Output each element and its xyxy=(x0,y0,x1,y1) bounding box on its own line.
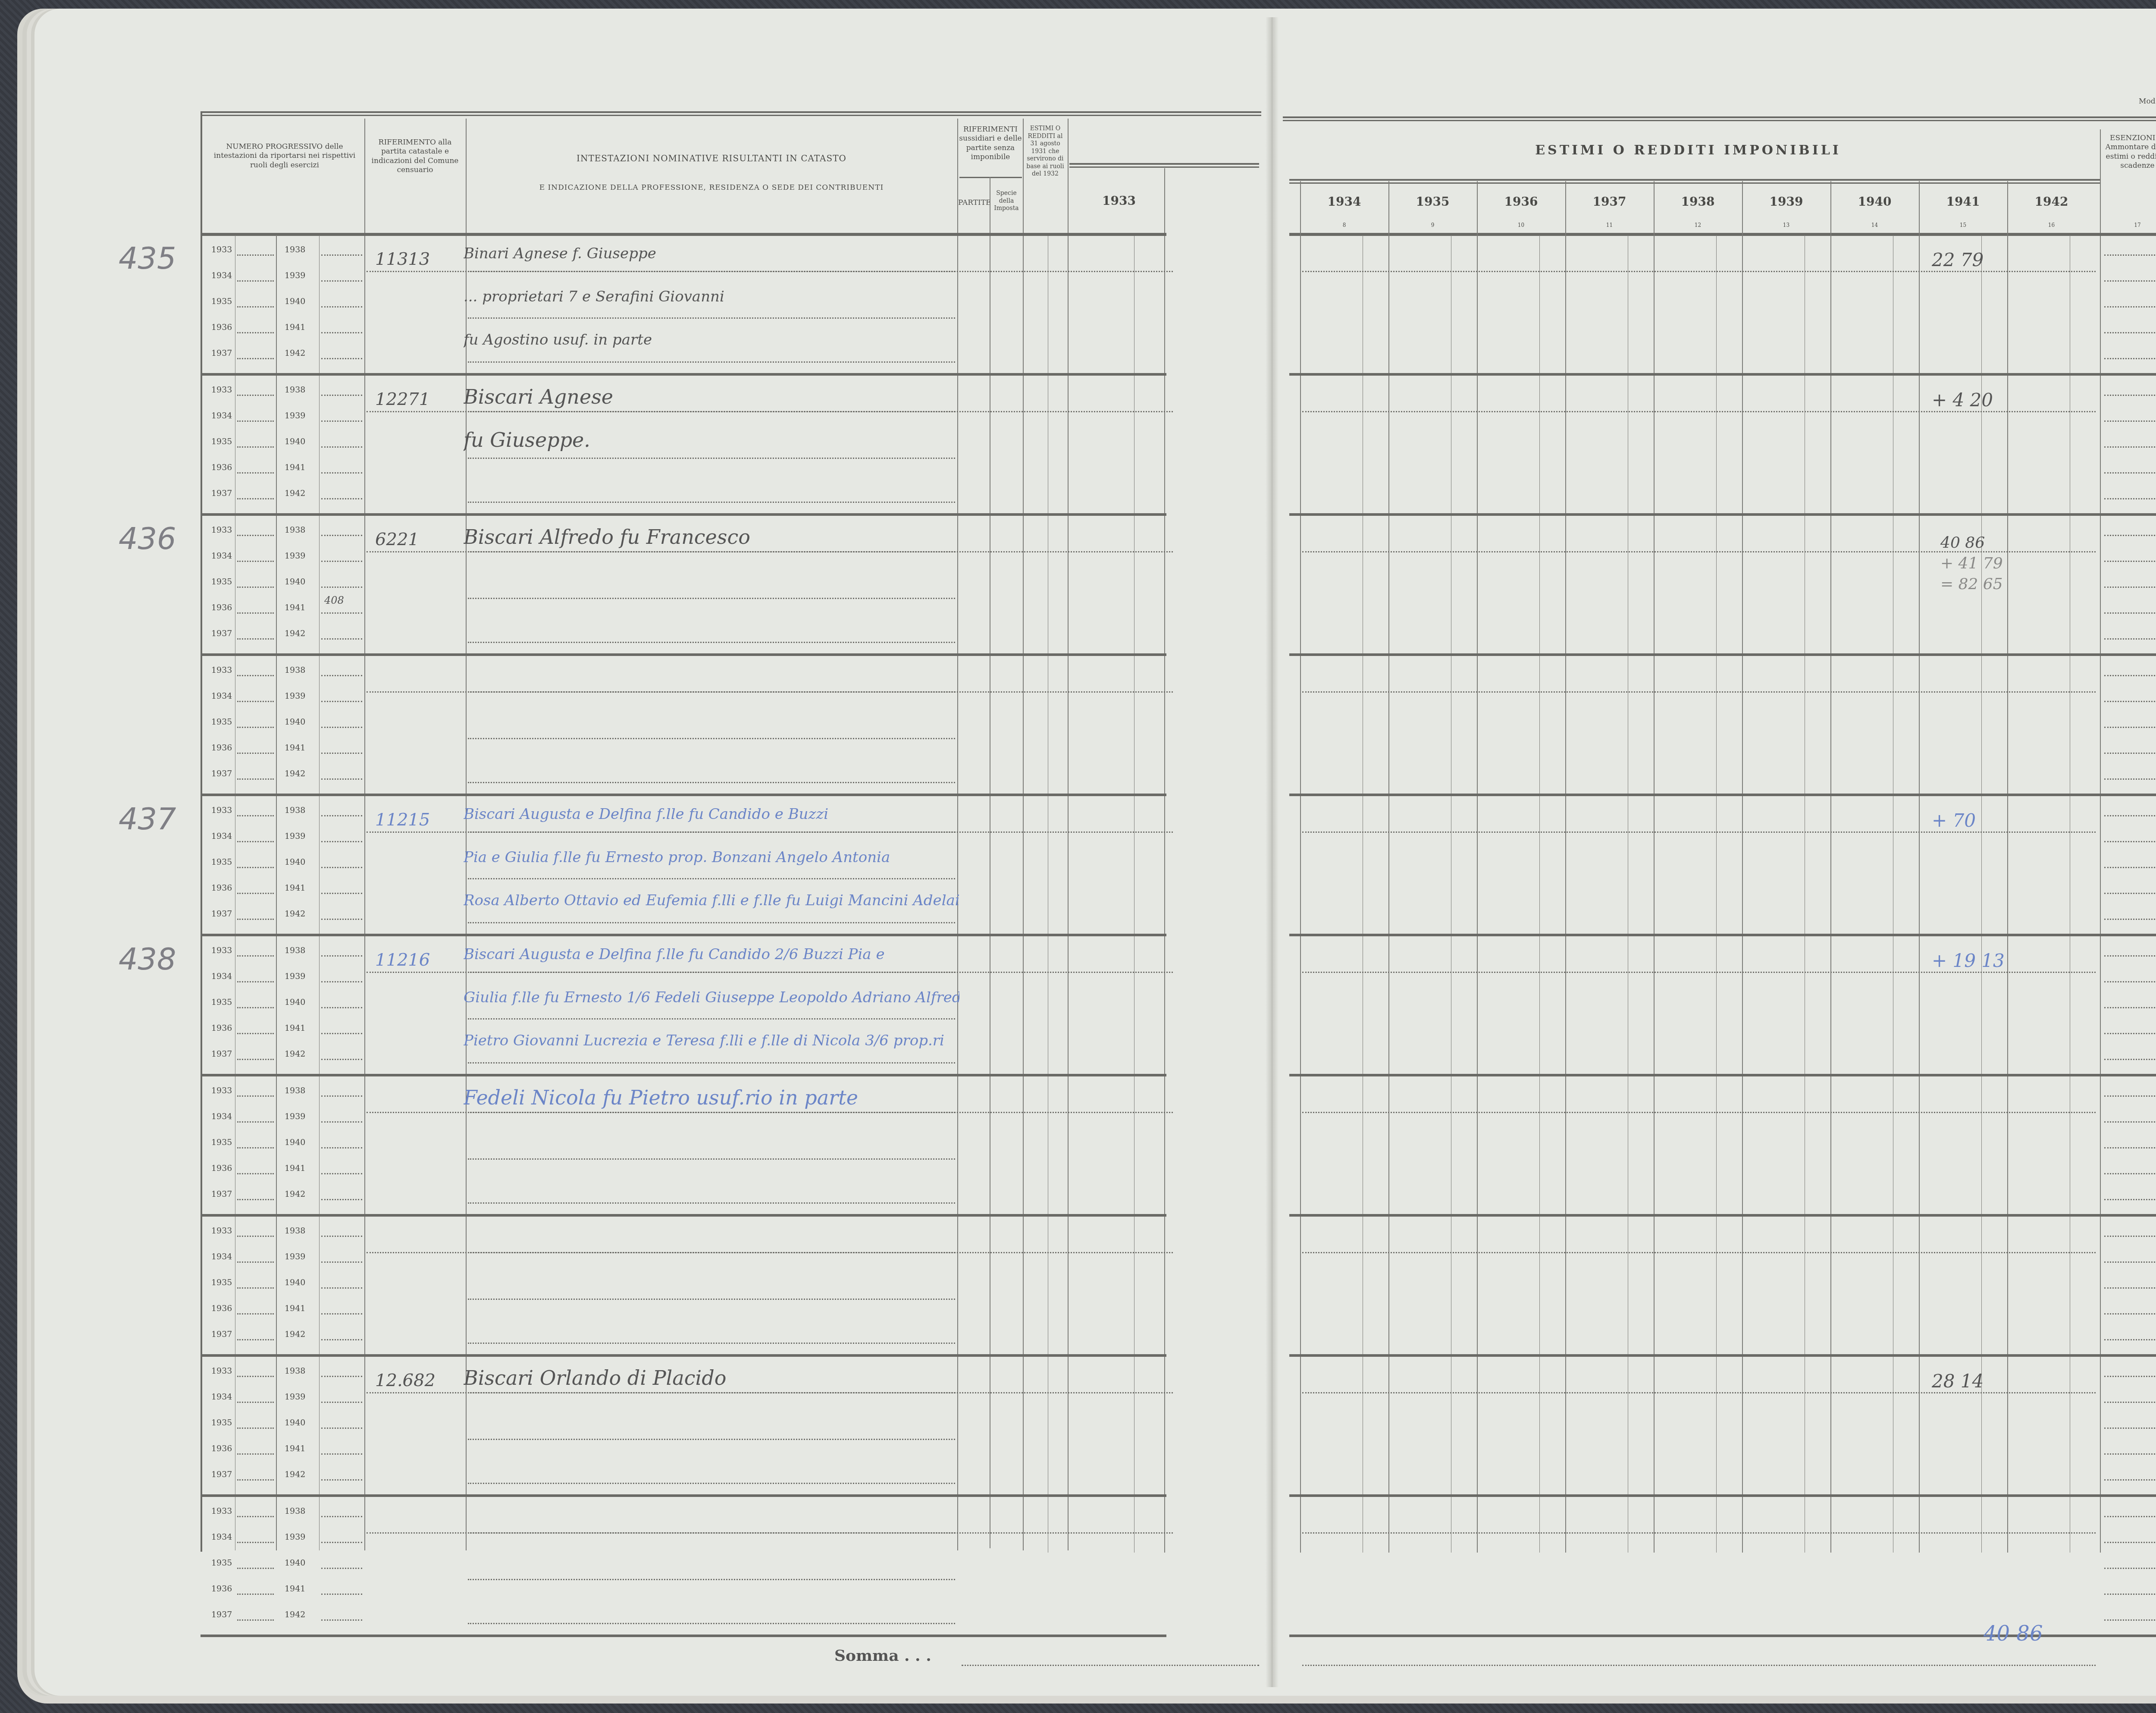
writing-line xyxy=(468,1439,955,1440)
year-label: 1940 xyxy=(285,998,305,1007)
dotted-fill xyxy=(321,1376,362,1377)
year-label: 1937 xyxy=(211,489,232,498)
dotted-fill xyxy=(237,332,274,333)
header-col3-title: INTESTAZIONI NOMINATIVE RISULTANTI IN CA… xyxy=(470,153,953,164)
year-label: 1939 xyxy=(285,831,305,841)
dotted-fill xyxy=(321,1095,362,1097)
dotted-fill xyxy=(2104,1121,2156,1123)
year-label: 1939 xyxy=(285,411,305,420)
year-label: 1934 xyxy=(211,1532,232,1542)
dotted-fill xyxy=(237,1339,274,1340)
year-label: 1933 xyxy=(211,245,232,254)
dotted-fill xyxy=(237,893,274,894)
book-gutter xyxy=(1266,17,1279,1687)
dotted-fill xyxy=(237,1427,274,1429)
dotted-fill xyxy=(321,1542,362,1543)
dotted-fill xyxy=(321,306,362,307)
side-note: 408 xyxy=(324,594,344,606)
taxpayer-text-line: Binari Agnese f. Giuseppe xyxy=(464,245,656,262)
dotted-fill xyxy=(321,1173,362,1174)
dotted-fill xyxy=(321,420,362,422)
year-label: 1942 xyxy=(285,1189,305,1199)
year-label: 1940 xyxy=(285,857,305,867)
entry-separator xyxy=(201,653,1166,656)
year-label: 1935 xyxy=(211,577,232,587)
year-label: 1937 xyxy=(211,1189,232,1199)
value-1941: + 19 13 xyxy=(1932,950,2005,971)
dotted-fill xyxy=(321,561,362,562)
dotted-fill xyxy=(321,1619,362,1621)
header-year-1934: 1934 xyxy=(1300,194,1388,209)
dotted-fill xyxy=(2104,1147,2156,1148)
year-label: 1938 xyxy=(285,1366,305,1376)
dotted-fill xyxy=(237,535,274,536)
dotted-fill xyxy=(321,867,362,868)
writing-line xyxy=(1302,1392,2096,1393)
writing-line xyxy=(1302,691,2096,693)
writing-line xyxy=(468,1483,955,1484)
dotted-fill xyxy=(321,1261,362,1263)
header-bottom-rule xyxy=(1289,233,2156,236)
header-bottom-rule xyxy=(201,233,1166,236)
dotted-fill xyxy=(2104,358,2156,359)
year-label: 1940 xyxy=(285,1138,305,1147)
dotted-fill xyxy=(237,701,274,702)
margin-entry-number: 438 xyxy=(119,941,176,977)
dotted-fill xyxy=(321,472,362,474)
dotted-fill xyxy=(2104,867,2156,868)
dotted-fill xyxy=(237,1121,274,1123)
year-label: 1936 xyxy=(211,1584,232,1594)
writing-line xyxy=(468,738,955,739)
writing-line xyxy=(468,502,955,503)
writing-line xyxy=(367,972,1173,973)
partita-number: 11215 xyxy=(375,810,430,830)
dotted-fill xyxy=(321,1199,362,1200)
year-label: 1941 xyxy=(285,1023,305,1033)
value-1941: + 70 xyxy=(1932,810,1976,831)
writing-line xyxy=(1302,831,2096,833)
year-label: 1942 xyxy=(285,1610,305,1619)
year-label: 1939 xyxy=(285,551,305,561)
table-top-rule xyxy=(1283,116,2156,118)
dotted-fill xyxy=(321,446,362,448)
dotted-fill xyxy=(321,1427,362,1429)
year-label: 1935 xyxy=(211,857,232,867)
writing-line xyxy=(468,1579,955,1580)
dotted-fill xyxy=(237,254,274,256)
writing-line xyxy=(468,317,955,319)
subheader-rule xyxy=(959,177,1022,178)
writing-line xyxy=(1302,271,2096,272)
dotted-fill xyxy=(321,638,362,640)
value-1941: 22 79 xyxy=(1932,249,1984,270)
writing-line xyxy=(367,831,1173,833)
year-label: 1933 xyxy=(211,1226,232,1236)
writing-line xyxy=(367,411,1173,412)
writing-line xyxy=(468,458,955,459)
dotted-fill xyxy=(237,778,274,780)
year-label: 1937 xyxy=(211,909,232,919)
dotted-fill xyxy=(321,841,362,842)
year-label: 1939 xyxy=(285,1532,305,1542)
writing-line xyxy=(367,1112,1173,1113)
col-rule xyxy=(235,235,235,1550)
year-label: 1937 xyxy=(211,348,232,358)
entry-separator xyxy=(1289,513,2156,516)
dotted-fill xyxy=(2104,753,2156,754)
dotted-fill xyxy=(237,867,274,868)
writing-line xyxy=(468,642,955,643)
entry-separator xyxy=(201,934,1166,936)
writing-line xyxy=(468,1343,955,1344)
year-label: 1934 xyxy=(211,411,232,420)
right-page xyxy=(1272,9,2156,1696)
year-label: 1940 xyxy=(285,437,305,446)
entry-separator xyxy=(1289,794,2156,796)
dotted-fill xyxy=(321,358,362,359)
partita-number: 6221 xyxy=(375,530,419,549)
writing-line xyxy=(367,551,1173,552)
entry-separator xyxy=(201,1074,1166,1076)
year-label: 1937 xyxy=(211,769,232,778)
somma-1941-value: 40 86 xyxy=(1984,1622,2043,1646)
writing-line xyxy=(367,271,1173,272)
dotted-fill xyxy=(321,815,362,816)
year-label: 1940 xyxy=(285,577,305,587)
dotted-fill xyxy=(2104,1568,2156,1569)
value-1941: 28 14 xyxy=(1932,1371,1984,1392)
dotted-fill xyxy=(2104,1095,2156,1097)
entry-separator xyxy=(1289,653,2156,656)
year-label: 1938 xyxy=(285,385,305,395)
entry-separator xyxy=(201,373,1166,376)
dotted-fill xyxy=(321,778,362,780)
dotted-fill xyxy=(321,1121,362,1123)
dotted-fill xyxy=(321,893,362,894)
dotted-fill xyxy=(237,1236,274,1237)
dotted-fill xyxy=(237,1542,274,1543)
header-col5: Specie della Imposta xyxy=(991,190,1022,213)
col-rule xyxy=(1164,168,1165,1553)
dotted-fill xyxy=(321,612,362,614)
dotted-fill xyxy=(237,1007,274,1008)
col-rule xyxy=(2007,181,2008,1553)
year-label: 1935 xyxy=(211,1558,232,1568)
header-estimi-group: ESTIMI O REDDITI IMPONIBILI xyxy=(1294,142,2083,159)
taxpayer-text-line: Giulia f.lle fu Ernesto 1/6 Fedeli Giuse… xyxy=(464,989,959,1006)
col-rule xyxy=(1830,181,1831,1553)
writing-line xyxy=(367,1392,1173,1393)
dotted-fill xyxy=(2104,1542,2156,1543)
dotted-fill xyxy=(237,955,274,957)
dotted-fill xyxy=(2104,498,2156,499)
taxpayer-text-line: Biscari Alfredo fu Francesco xyxy=(464,525,750,549)
year-label: 1937 xyxy=(211,629,232,638)
col-number: 15 xyxy=(1919,222,2007,229)
subheader-rule xyxy=(1069,163,1259,165)
header-year-1939: 1939 xyxy=(1742,194,1830,209)
entry-separator xyxy=(201,1354,1166,1357)
dotted-fill xyxy=(321,1287,362,1289)
year-label: 1938 xyxy=(285,1086,305,1095)
entry-separator xyxy=(201,1635,1166,1637)
value-1941: + 4 20 xyxy=(1932,389,1993,411)
dotted-fill xyxy=(2104,955,2156,957)
header-col3-subtitle: E INDICAZIONE DELLA PROFESSIONE, RESIDEN… xyxy=(470,183,953,192)
dotted-fill xyxy=(2104,420,2156,422)
dotted-fill xyxy=(237,753,274,754)
year-label: 1940 xyxy=(285,297,305,306)
dotted-fill xyxy=(2104,1594,2156,1595)
dotted-fill xyxy=(2104,893,2156,894)
dotted-fill xyxy=(2104,254,2156,256)
year-label: 1935 xyxy=(211,437,232,446)
taxpayer-text-line: Biscari Orlando di Placido xyxy=(464,1366,726,1390)
dotted-fill xyxy=(321,753,362,754)
header-year-1936: 1936 xyxy=(1477,194,1565,209)
year-label: 1940 xyxy=(285,717,305,727)
margin-entry-number: 436 xyxy=(119,521,176,556)
dotted-fill xyxy=(321,587,362,588)
year-label: 1933 xyxy=(211,1366,232,1376)
year-label: 1934 xyxy=(211,831,232,841)
writing-line xyxy=(468,598,955,599)
dotted-fill xyxy=(237,675,274,676)
year-label: 1941 xyxy=(285,1444,305,1453)
year-label: 1933 xyxy=(211,525,232,535)
partita-number: 11313 xyxy=(375,249,430,269)
entry-separator xyxy=(201,794,1166,796)
col-rule xyxy=(1068,119,1069,1550)
dotted-fill xyxy=(2104,1516,2156,1517)
dotted-fill xyxy=(2104,1339,2156,1340)
dotted-fill xyxy=(321,1007,362,1008)
dotted-fill xyxy=(321,395,362,396)
dotted-fill xyxy=(2104,1402,2156,1403)
somma-dotted xyxy=(962,1665,1259,1666)
header-year-1935: 1935 xyxy=(1388,194,1477,209)
year-label: 1939 xyxy=(285,1252,305,1261)
year-label: 1942 xyxy=(285,348,305,358)
col-rule xyxy=(364,119,365,1550)
writing-line xyxy=(367,1532,1173,1534)
dotted-fill xyxy=(2104,1173,2156,1174)
taxpayer-text-line: Pietro Giovanni Lucrezia e Teresa f.lli … xyxy=(464,1032,944,1049)
dotted-fill xyxy=(237,1619,274,1621)
year-label: 1938 xyxy=(285,665,305,675)
header-col4: PARTITE xyxy=(958,198,988,207)
year-label: 1935 xyxy=(211,1138,232,1147)
year-label: 1942 xyxy=(285,1330,305,1339)
writing-line xyxy=(468,1202,955,1204)
dotted-fill xyxy=(237,472,274,474)
dotted-fill xyxy=(237,1516,274,1517)
dotted-fill xyxy=(2104,701,2156,702)
dotted-fill xyxy=(237,1479,274,1481)
dotted-fill xyxy=(2104,638,2156,640)
year-label: 1942 xyxy=(285,489,305,498)
col-rule xyxy=(1477,181,1478,1553)
dotted-fill xyxy=(237,420,274,422)
year-label: 1937 xyxy=(211,1470,232,1479)
year-label: 1936 xyxy=(211,1444,232,1453)
year-label: 1941 xyxy=(285,1304,305,1313)
dotted-fill xyxy=(321,981,362,982)
dotted-fill xyxy=(237,1402,274,1403)
dotted-fill xyxy=(2104,587,2156,588)
year-label: 1938 xyxy=(285,525,305,535)
year-label: 1939 xyxy=(285,972,305,981)
col-rule xyxy=(1023,119,1024,1550)
writing-line xyxy=(468,1158,955,1160)
dotted-fill xyxy=(321,955,362,957)
entry-separator xyxy=(1289,1354,2156,1357)
year-label: 1941 xyxy=(285,1164,305,1173)
dotted-fill xyxy=(237,280,274,282)
writing-line xyxy=(1302,972,2096,973)
year-label: 1934 xyxy=(211,1392,232,1402)
col-rule xyxy=(1300,181,1301,1553)
header-col1: NUMERO PROGRESSIVO delle intestazioni da… xyxy=(205,142,364,170)
dotted-fill xyxy=(237,919,274,920)
header-col17: ESENZIONI — Ammontare degli estimi o red… xyxy=(2101,134,2156,170)
taxpayer-text-line: fu Giuseppe. xyxy=(464,428,590,452)
writing-line xyxy=(1302,1532,2096,1534)
year-label: 1934 xyxy=(211,1112,232,1121)
dotted-fill xyxy=(237,395,274,396)
year-label: 1938 xyxy=(285,806,305,815)
dotted-fill xyxy=(2104,1199,2156,1200)
col-number: 8 xyxy=(1300,222,1388,229)
col-rule xyxy=(1919,181,1920,1553)
col-number: 10 xyxy=(1477,222,1565,229)
dotted-fill xyxy=(2104,332,2156,333)
value-1941-calc: = 82 65 xyxy=(1940,575,2003,593)
entry-separator xyxy=(1289,934,2156,936)
header-col45-group: RIFERIMENTI sussidiari e delle partite s… xyxy=(958,125,1023,162)
dotted-fill xyxy=(321,254,362,256)
writing-line xyxy=(1302,411,2096,412)
dotted-fill xyxy=(237,1095,274,1097)
taxpayer-text-line: Biscari Augusta e Delfina f.lle fu Candi… xyxy=(464,946,885,963)
dotted-fill xyxy=(237,841,274,842)
dotted-fill xyxy=(237,587,274,588)
year-label: 1933 xyxy=(211,946,232,955)
year-label: 1939 xyxy=(285,691,305,701)
dotted-fill xyxy=(2104,1453,2156,1455)
dotted-fill xyxy=(2104,535,2156,536)
writing-line xyxy=(468,1623,955,1624)
year-label: 1942 xyxy=(285,909,305,919)
header-year-1937: 1937 xyxy=(1565,194,1654,209)
year-label: 1937 xyxy=(211,1049,232,1059)
year-label: 1939 xyxy=(285,1112,305,1121)
dotted-fill xyxy=(321,1033,362,1034)
writing-line xyxy=(1302,1252,2096,1253)
year-label: 1934 xyxy=(211,972,232,981)
year-label: 1934 xyxy=(211,1252,232,1261)
dotted-fill xyxy=(237,1059,274,1060)
dotted-fill xyxy=(2104,1619,2156,1621)
year-label: 1933 xyxy=(211,1086,232,1095)
dotted-fill xyxy=(237,612,274,614)
year-label: 1933 xyxy=(211,1506,232,1516)
dotted-fill xyxy=(237,1453,274,1455)
dotted-fill xyxy=(237,446,274,448)
col-rule xyxy=(1654,181,1655,1553)
partita-number: 12.682 xyxy=(375,1371,436,1390)
subheader-rule xyxy=(1289,179,2100,181)
dotted-fill xyxy=(321,1339,362,1340)
year-label: 1941 xyxy=(285,603,305,612)
entry-separator xyxy=(1289,1214,2156,1217)
year-label: 1936 xyxy=(211,323,232,332)
dotted-fill xyxy=(321,280,362,282)
col-number: 13 xyxy=(1742,222,1830,229)
col-number: 17 xyxy=(2101,222,2156,229)
taxpayer-text-line: Biscari Augusta e Delfina f.lle fu Candi… xyxy=(464,806,828,823)
col-rule xyxy=(990,177,990,1548)
header-col7-year: 1933 xyxy=(1069,193,1169,208)
header-year-1938: 1938 xyxy=(1654,194,1742,209)
dotted-fill xyxy=(2104,1287,2156,1289)
dotted-fill xyxy=(321,675,362,676)
dotted-fill xyxy=(321,498,362,499)
dotted-fill xyxy=(237,1568,274,1569)
col-rule xyxy=(1565,181,1566,1553)
table-top-rule xyxy=(201,111,1261,113)
dotted-fill xyxy=(237,1287,274,1289)
somma-dotted xyxy=(1302,1665,2096,1666)
dotted-fill xyxy=(321,1453,362,1455)
year-label: 1936 xyxy=(211,743,232,753)
year-label: 1938 xyxy=(285,245,305,254)
dotted-fill xyxy=(237,1033,274,1034)
year-label: 1937 xyxy=(211,1330,232,1339)
dotted-fill xyxy=(2104,395,2156,396)
year-label: 1941 xyxy=(285,883,305,893)
dotted-fill xyxy=(2104,306,2156,307)
dotted-fill xyxy=(2104,1007,2156,1008)
dotted-fill xyxy=(237,1173,274,1174)
dotted-fill xyxy=(237,498,274,499)
writing-line xyxy=(1302,1112,2096,1113)
year-label: 1935 xyxy=(211,1278,232,1287)
dotted-fill xyxy=(2104,981,2156,982)
dotted-fill xyxy=(321,1059,362,1060)
entry-separator xyxy=(1289,1494,2156,1497)
dotted-fill xyxy=(2104,1427,2156,1429)
dotted-fill xyxy=(2104,1376,2156,1377)
year-label: 1941 xyxy=(285,1584,305,1594)
entry-separator xyxy=(201,513,1166,516)
year-label: 1937 xyxy=(211,1610,232,1619)
taxpayer-text-line: Fedeli Nicola fu Pietro usuf.rio in part… xyxy=(464,1086,858,1109)
dotted-fill xyxy=(2104,472,2156,474)
year-label: 1942 xyxy=(285,629,305,638)
table-left-rule xyxy=(201,111,202,1552)
col-number: 16 xyxy=(2007,222,2096,229)
year-label: 1935 xyxy=(211,297,232,306)
dotted-fill xyxy=(321,727,362,728)
dotted-fill xyxy=(237,306,274,307)
year-label: 1933 xyxy=(211,806,232,815)
writing-line xyxy=(468,1299,955,1300)
partita-number: 12271 xyxy=(375,389,430,409)
dotted-fill xyxy=(321,332,362,333)
dotted-fill xyxy=(2104,446,2156,448)
